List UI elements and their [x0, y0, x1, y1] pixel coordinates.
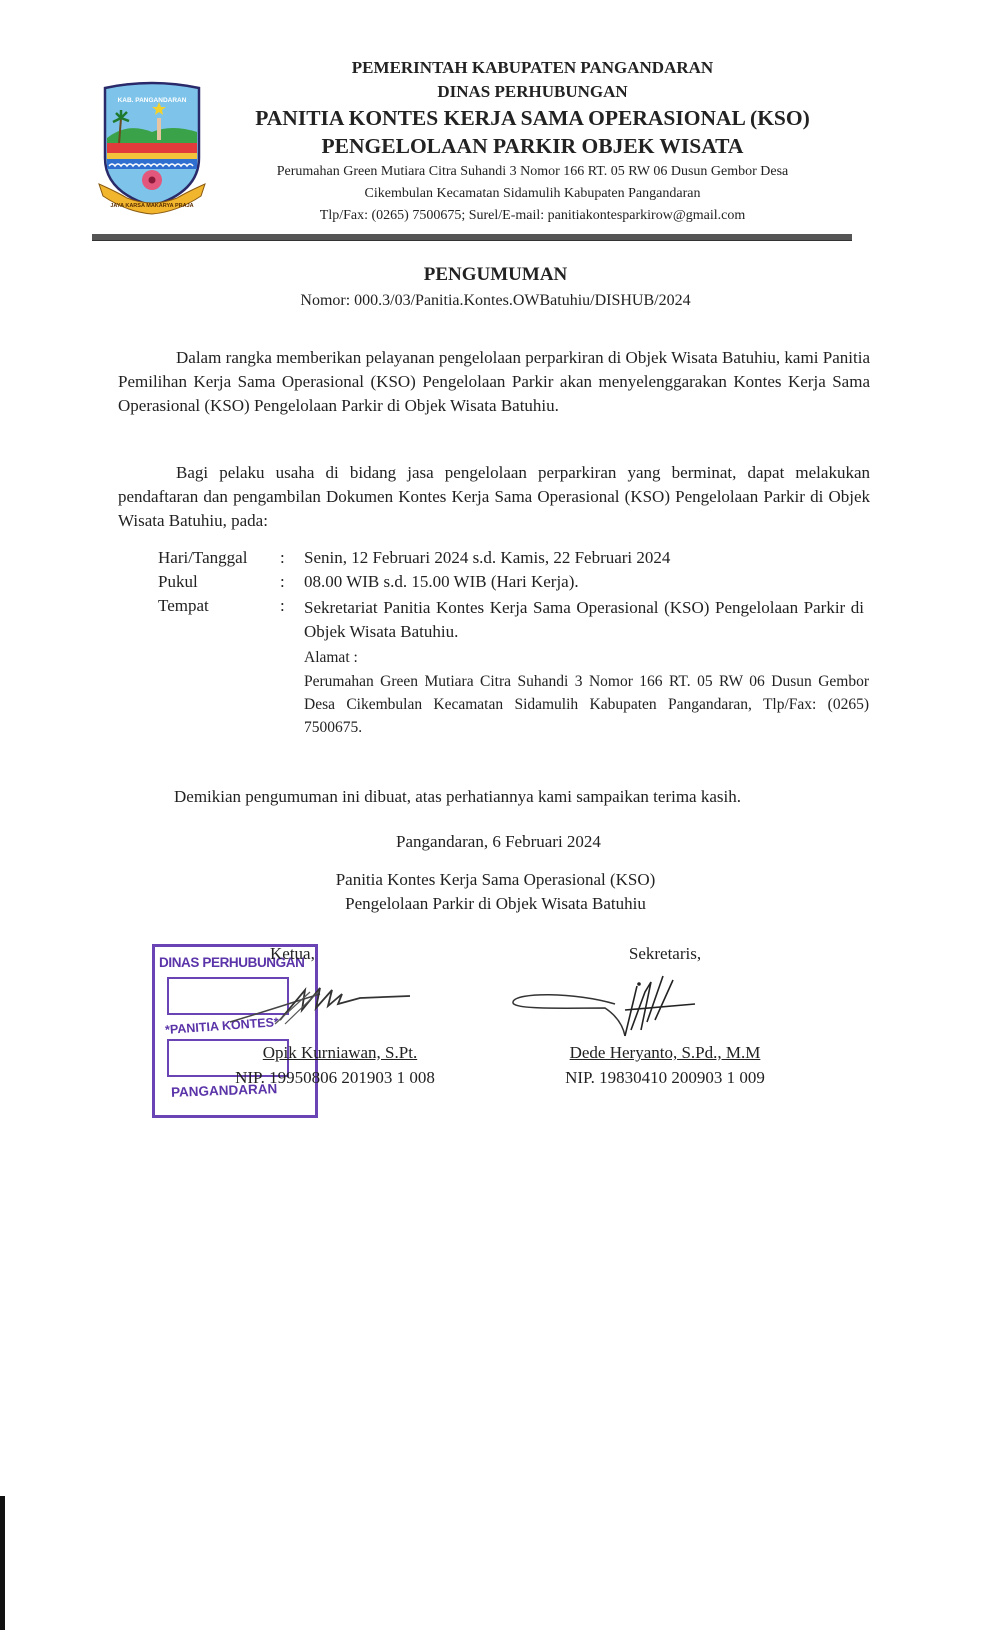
detail-label: Tempat	[158, 596, 278, 616]
detail-separator: :	[280, 548, 285, 568]
detail-value: Senin, 12 Februari 2024 s.d. Kamis, 22 F…	[304, 548, 670, 568]
letterhead-address-1: Perumahan Green Mutiara Citra Suhandi 3 …	[225, 164, 840, 180]
address-text: Perumahan Green Mutiara Citra Suhandi 3 …	[304, 670, 869, 739]
detail-label: Hari/Tanggal	[158, 548, 278, 568]
issuer-line-1: Panitia Kontes Kerja Sama Operasional (K…	[0, 870, 991, 890]
letterhead-department: DINAS PERHUBUNGAN	[225, 82, 840, 102]
schedule-details: Hari/Tanggal : Senin, 12 Februari 2024 s…	[158, 548, 878, 748]
scan-edge-mark	[0, 1496, 5, 1630]
signer-right-role: Sekretaris,	[535, 944, 795, 964]
svg-text:JAYA KARSA MAKARYA PRAJA: JAYA KARSA MAKARYA PRAJA	[110, 203, 193, 209]
coat-of-arms-logo: KAB. PANGANDARAN JAYA KARSA MAKARYA PRAJ…	[97, 80, 207, 215]
signer-right-name: Dede Heryanto, S.Pd., M.M	[535, 1043, 795, 1063]
kabupaten-pangandaran-coat-of-arms-icon: KAB. PANGANDARAN JAYA KARSA MAKARYA PRAJ…	[97, 80, 207, 215]
paragraph-invitation: Bagi pelaku usaha di bidang jasa pengelo…	[118, 461, 870, 533]
detail-value-place: Sekretariat Panitia Kontes Kerja Sama Op…	[304, 596, 864, 644]
letterhead-divider	[92, 234, 852, 241]
issuer-line-2: Pengelolaan Parkir di Objek Wisata Batuh…	[0, 894, 991, 914]
paragraph-intro: Dalam rangka memberikan pelayanan pengel…	[118, 346, 870, 418]
signer-left-name: Opik Kurniawan, S.Pt.	[200, 1043, 480, 1063]
signer-left-nip: NIP. 19950806 201903 1 008	[195, 1068, 475, 1088]
signer-right-nip: NIP. 19830410 200903 1 009	[535, 1068, 795, 1088]
closing-statement: Demikian pengumuman ini dibuat, atas per…	[174, 787, 741, 807]
place-date: Pangandaran, 6 Februari 2024	[0, 832, 991, 852]
signer-right-name-text: Dede Heryanto, S.Pd., M.M	[570, 1043, 761, 1062]
svg-text:KAB. PANGANDARAN: KAB. PANGANDARAN	[118, 97, 187, 104]
letterhead-government: PEMERINTAH KABUPATEN PANGANDARAN	[225, 58, 840, 78]
letterhead-committee: PANITIA KONTES KERJA SAMA OPERASIONAL (K…	[225, 106, 840, 131]
detail-label: Pukul	[158, 572, 278, 592]
signature-left-icon	[210, 980, 430, 1040]
document-title: PENGUMUMAN	[0, 264, 991, 286]
address-label: Alamat :	[304, 646, 869, 669]
signature-right-icon	[505, 970, 705, 1040]
document-number: Nomor: 000.3/03/Panitia.Kontes.OWBatuhiu…	[0, 292, 991, 310]
letterhead-contact: Tlp/Fax: (0265) 7500675; Surel/E-mail: p…	[225, 208, 840, 224]
letterhead-address-2: Cikembulan Kecamatan Sidamulih Kabupaten…	[225, 186, 840, 202]
detail-value: 08.00 WIB s.d. 15.00 WIB (Hari Kerja).	[304, 572, 579, 592]
detail-separator: :	[280, 572, 285, 592]
signer-left-name-text: Opik Kurniawan, S.Pt.	[263, 1043, 417, 1062]
letterhead-subject: PENGELOLAAN PARKIR OBJEK WISATA	[225, 134, 840, 159]
signer-left-role: Ketua,	[190, 944, 470, 964]
letterhead: PEMERINTAH KABUPATEN PANGANDARAN DINAS P…	[225, 0, 840, 235]
detail-separator: :	[280, 596, 285, 616]
